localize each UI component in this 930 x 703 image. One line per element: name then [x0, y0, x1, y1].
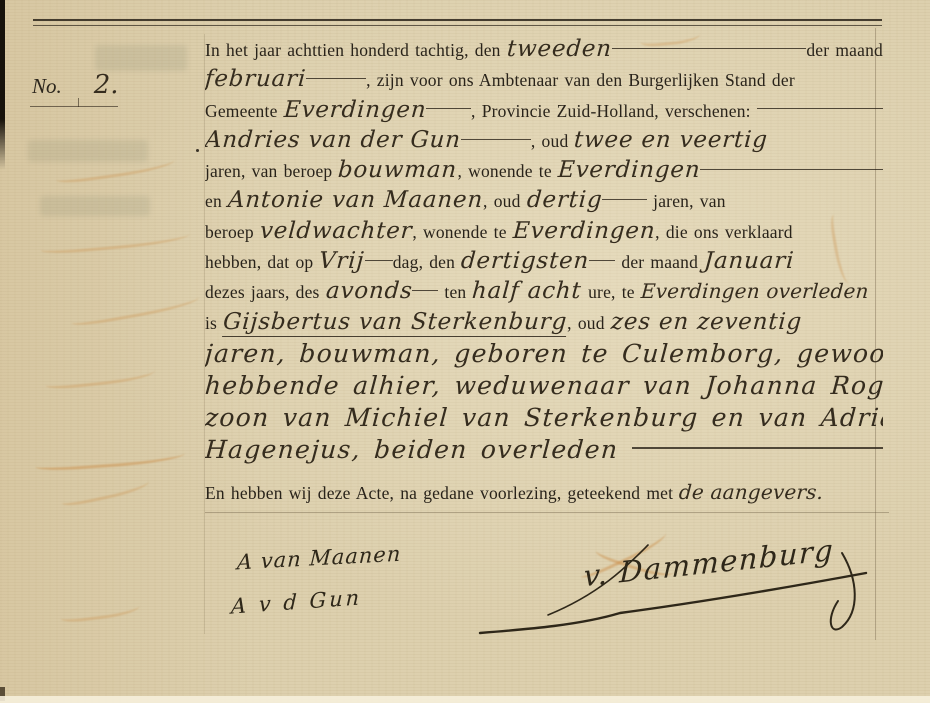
act-number-underline-tick — [78, 98, 79, 107]
blank-line-fill — [306, 76, 366, 79]
printed-text: , zijn voor ons Ambtenaar van den Burger… — [366, 70, 795, 91]
printed-text: , oud — [531, 131, 575, 152]
signature-declarant-1: A van Maanen — [236, 542, 401, 575]
act-line: jaren, bouwman, geboren te Culemborg, ge… — [205, 339, 883, 371]
printed-text: , wonende te — [457, 161, 557, 182]
act-line: zoon van Michiel van Sterkenburg en van … — [205, 403, 883, 435]
ink-bleed-mark — [44, 362, 155, 390]
ink-smudge — [95, 45, 187, 71]
act-number-underline — [30, 106, 118, 107]
act-line: Gemeente Everdingen , Provincie Zuid-Hol… — [205, 97, 883, 127]
act-line: is Gijsbertus van Sterkenburg , oud zes … — [205, 309, 883, 339]
act-line: Andries van der Gun , oud twee en veerti… — [205, 127, 883, 157]
act-line: februari , zijn voor ons Ambtenaar van d… — [205, 66, 883, 96]
handwritten-text: bouwman — [338, 157, 459, 183]
signature-flourish — [470, 535, 910, 640]
handwritten-text: Everdingen — [512, 218, 656, 244]
handwritten-text-underlined: Gijsbertus van Sterkenburg — [222, 309, 568, 337]
scanned-death-record-page: No. 2. In het jaar achttien honderd tach… — [0, 0, 930, 703]
printed-text: Gemeente — [205, 101, 284, 122]
handwritten-text: februari — [205, 66, 307, 92]
handwritten-text: Everdingen — [283, 97, 427, 123]
handwritten-text: jaren, bouwman, geboren te Culemborg, ge… — [205, 339, 883, 368]
handwritten-text: de aangevers. — [678, 480, 824, 504]
printed-text: , oud — [483, 191, 527, 212]
ink-bleed-mark — [59, 473, 151, 508]
printed-text: , oud — [567, 313, 611, 334]
printed-text: , wonende te — [412, 222, 512, 243]
handwritten-text: half acht — [472, 278, 583, 304]
act-line: dezes jaars, des avonds ten half acht ur… — [205, 278, 883, 308]
blank-line-fill — [700, 167, 883, 170]
printed-text: dag, den — [393, 252, 461, 273]
handwritten-text: Januari — [703, 248, 795, 274]
printed-text: hebben, dat op — [205, 252, 319, 273]
act-number-block: No. 2. — [32, 70, 119, 100]
printed-text: jaren, van beroep — [205, 161, 338, 182]
scan-edge-bottom — [0, 696, 930, 703]
handwritten-text: hebbende alhier, weduwenaar van Johanna … — [205, 371, 883, 400]
handwritten-text: dertigsten — [460, 248, 590, 274]
act-number-value: 2. — [94, 70, 119, 100]
act-line: In het jaar achttien honderd tachtig, de… — [205, 36, 883, 66]
blank-line-fill — [757, 106, 883, 109]
blank-line-fill — [365, 258, 393, 261]
act-line: beroep veldwachter , wonende te Everding… — [205, 218, 883, 248]
handwritten-text: veldwachter — [259, 218, 413, 244]
handwritten-text: Antonie van Maanen — [227, 187, 484, 213]
handwritten-text: avonds — [325, 278, 414, 304]
printed-text: dezes jaars, des — [205, 282, 326, 303]
printed-text: is — [205, 313, 223, 334]
printed-text: en — [205, 191, 228, 212]
printed-text: der maand — [806, 40, 883, 61]
act-text-column: In het jaar achttien honderd tachtig, de… — [205, 36, 883, 510]
printed-text: jaren, van — [647, 191, 726, 212]
handwritten-text: zoon van Michiel van Sterkenburg en van … — [205, 403, 883, 432]
handwritten-text: Everdingen — [557, 157, 701, 183]
act-line: Hagenejus, beiden overleden — [205, 435, 883, 467]
ink-bleed-mark — [35, 445, 186, 472]
handwritten-text: Andries van der Gun — [205, 127, 462, 153]
act-line: en Antonie van Maanen , oud dertig jaren… — [205, 187, 883, 217]
handwritten-text: Everdingen overleden — [640, 279, 869, 303]
ink-bleed-mark — [40, 225, 191, 255]
handwritten-text: dertig — [526, 187, 603, 213]
printed-text: , die ons verklaard — [655, 222, 793, 243]
printed-text: ten — [438, 282, 472, 303]
act-number-label: No. — [32, 74, 62, 98]
closing-line: En hebben wij deze Acte, na gedane voorl… — [205, 480, 883, 510]
printed-text: beroep — [205, 222, 260, 243]
printed-text: In het jaar achttien honderd tachtig, de… — [205, 40, 507, 61]
printed-text: ure, te — [582, 282, 641, 303]
ink-smudge — [40, 196, 150, 216]
blank-line-fill — [589, 258, 615, 261]
printed-text: , Provincie Zuid-Holland, verschenen: — [471, 101, 757, 122]
act-line: hebben, dat op Vrij dag, den dertigsten … — [205, 248, 883, 278]
printed-text: der maand — [615, 252, 704, 273]
act-line: hebbende alhier, weduwenaar van Johanna … — [205, 371, 883, 403]
separator-rule — [205, 512, 889, 513]
blank-line-fill — [461, 137, 531, 140]
blank-line-fill — [602, 197, 647, 200]
scan-edge-left — [0, 0, 5, 170]
ink-bleed-mark — [70, 289, 201, 328]
printed-text: En hebben wij deze Acte, na gedane voorl… — [205, 483, 679, 504]
blank-line-fill — [426, 106, 471, 109]
act-line: jaren, van beroep bouwman , wonende te E… — [205, 157, 883, 187]
handwritten-text: Vrij — [319, 248, 366, 274]
signature-declarant-2: A v d Gun — [231, 585, 363, 618]
blank-line-fill — [632, 445, 883, 449]
double-rule-top — [33, 19, 882, 26]
handwritten-text: tweeden — [506, 36, 613, 62]
handwritten-text: zes en zeventig — [610, 309, 803, 335]
blank-line-fill — [612, 46, 807, 49]
handwritten-text: Hagenejus, beiden overleden — [205, 435, 633, 464]
ink-bleed-mark — [59, 597, 140, 624]
ink-dot — [196, 149, 199, 152]
handwritten-text: twee en veertig — [574, 127, 770, 153]
blank-line-fill — [412, 288, 438, 291]
